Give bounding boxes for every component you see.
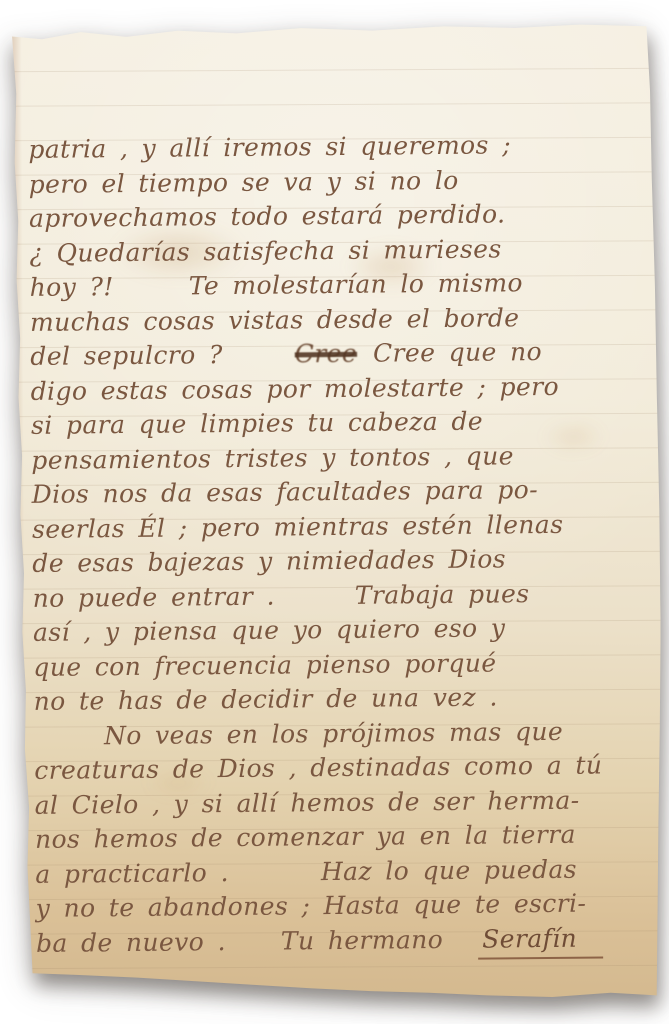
letter-line: Dios nos da esas facultades para po-: [32, 472, 642, 512]
letter-text: a practicarlo .: [35, 856, 229, 892]
letter-text: No veas en los prójimos mas que: [104, 714, 563, 753]
letter-text: Tu hermano: [281, 922, 444, 958]
letter-text: no te has de decidir de una vez .: [34, 680, 498, 719]
letter-text: digo estas cosas por molestarte ; pero: [31, 369, 560, 409]
letter-text: hoy ?!: [30, 270, 114, 305]
letter-text: del sepulcro ?: [30, 338, 223, 374]
letter-paper: patria , y allí iremos si queremos ;pero…: [9, 22, 662, 1003]
letter-line: pensamientos tristes y tontos , que: [31, 438, 641, 478]
letter-text: si para que limpies tu cabeza de: [31, 405, 483, 444]
letter-text: que con frecuencia pienso porqué: [33, 646, 497, 685]
letter-text: seerlas Él ; pero mientras estén llenas: [32, 507, 564, 547]
letter-line: que con frecuencia pienso porqué: [33, 645, 643, 685]
letter-text: ba de nuevo .: [36, 925, 226, 961]
letter-text: muchas cosas vistas desde el borde: [30, 301, 520, 340]
letter-text: al Cielo , y si allí hemos de ser herma-: [34, 783, 579, 823]
letter-text: nos hemos de comenzar ya en la tierra: [35, 818, 576, 858]
letter-text: y no te abandones ; Hasta que te escri-: [35, 887, 586, 927]
letter-line: pero el tiempo se va y si no lo: [29, 162, 639, 202]
letter-text: así , y piensa que yo quiero eso y: [33, 611, 506, 650]
letter-text: creaturas de Dios , destinadas como a tú: [34, 748, 602, 788]
letter-line: digo estas cosas por molestarte ; pero: [31, 369, 641, 409]
letter-line: seerlas Él ; pero mientras estén llenas: [32, 507, 642, 547]
letter-line: aprovechamos todo estará perdido.: [29, 196, 639, 236]
letter-line: ba de nuevo .Tu hermanoSerafín: [36, 921, 646, 961]
letter-text: no puede entrar .: [33, 579, 276, 616]
letter-text: Trabaja pues: [355, 577, 530, 613]
letter-text: de esas bajezas y nimiedades Dios: [32, 542, 506, 581]
letter-line: así , y piensa que yo quiero eso y: [33, 610, 643, 650]
letter-line: no te has de decidir de una vez .: [34, 679, 644, 719]
letter-text: Te molestarían lo mismo: [189, 266, 524, 304]
letter-text: pero el tiempo se va y si no lo: [29, 163, 459, 202]
letter-line: ¿ Quedarías satisfecha si murieses: [29, 231, 639, 271]
letter-line: al Cielo , y si allí hemos de ser herma-: [34, 783, 644, 823]
letter-text: Dios nos da esas facultades para po-: [32, 473, 539, 512]
torn-edge-tint: [9, 26, 26, 1004]
signature: Serafín: [478, 921, 603, 960]
letter-line: a practicarlo .Haz lo que puedas: [35, 852, 645, 892]
letter-text: Cree que no: [373, 335, 542, 371]
letter-line: patria , y allí iremos si queremos ;: [28, 127, 638, 167]
letter-line: creaturas de Dios , destinadas como a tú: [34, 748, 644, 788]
letter-text: patria , y allí iremos si queremos ;: [28, 128, 511, 167]
paper-shadow-wrapper: patria , y allí iremos si queremos ;pero…: [0, 0, 669, 1024]
letter-line: hoy ?!Te molestarían lo mismo: [30, 265, 640, 305]
letter-line: muchas cosas vistas desde el borde: [30, 300, 640, 340]
letter-body: patria , y allí iremos si queremos ;pero…: [28, 127, 646, 961]
letter-line: no puede entrar .Trabaja pues: [33, 576, 643, 616]
letter-text: ¿ Quedarías satisfecha si murieses: [29, 232, 502, 271]
letter-line: si para que limpies tu cabeza de: [31, 403, 641, 443]
letter-line: del sepulcro ?CreeCree que no: [30, 334, 640, 374]
letter-text: Haz lo que puedas: [321, 852, 577, 889]
letter-line: No veas en los prójimos mas que: [34, 714, 644, 754]
page-background: patria , y allí iremos si queremos ;pero…: [0, 0, 669, 1024]
letter-line: de esas bajezas y nimiedades Dios: [32, 541, 642, 581]
letter-text: pensamientos tristes y tontos , que: [31, 439, 514, 478]
letter-line: nos hemos de comenzar ya en la tierra: [35, 817, 645, 857]
letter-line: y no te abandones ; Hasta que te escri-: [35, 886, 645, 926]
crossed-out-word: Cree: [295, 337, 358, 372]
letter-text: aprovechamos todo estará perdido.: [29, 197, 506, 236]
